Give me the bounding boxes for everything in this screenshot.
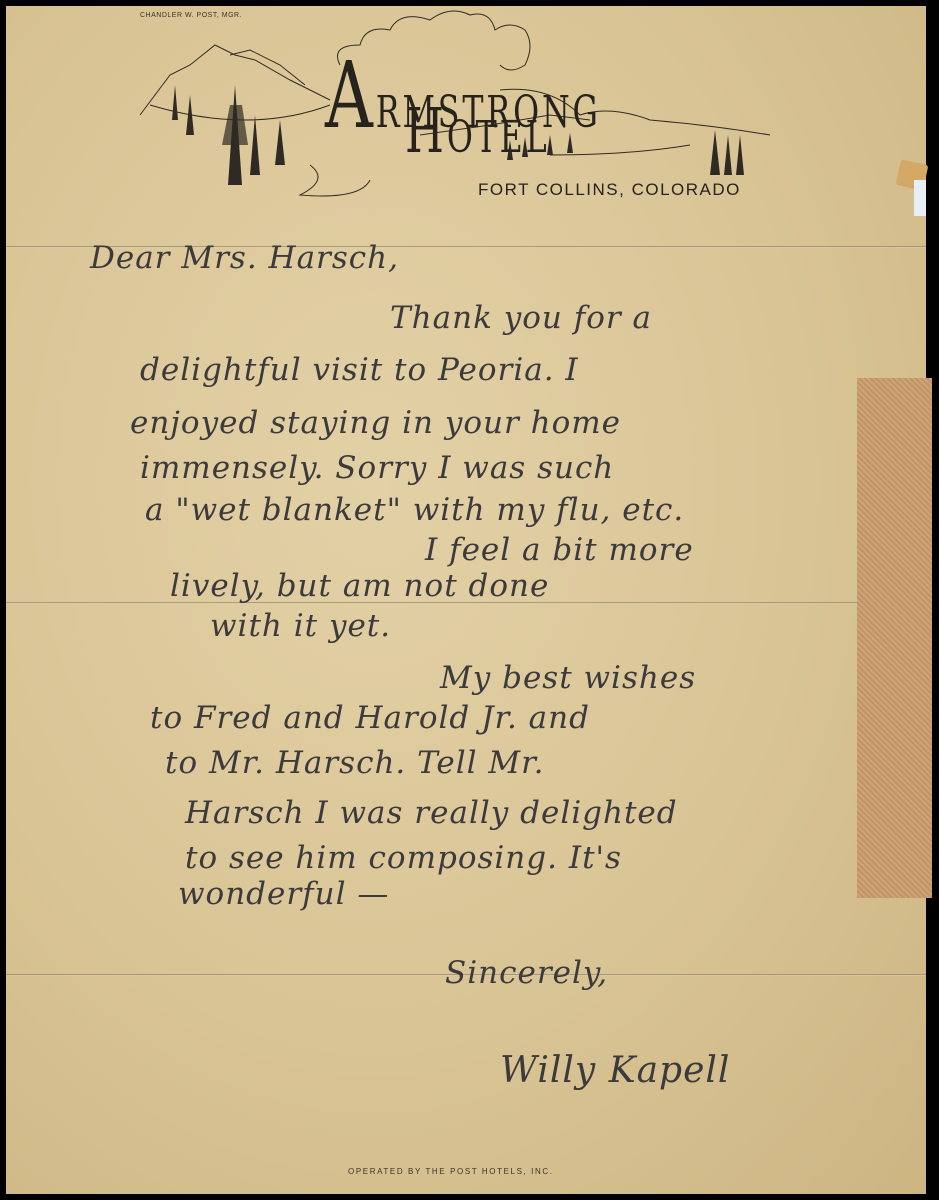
letter-line: delightful visit to Peoria. I [140,352,579,388]
letter-line: Harsch I was really delighted [185,795,678,831]
letter-line: Thank you for a [390,300,652,336]
letter-line: I feel a bit more [425,532,694,568]
closing: Sincerely, [445,955,608,991]
letter-line: to see him composing. It's [185,840,622,876]
footer-text: OPERATED BY THE POST HOTELS, INC. [348,1167,554,1176]
letter-line: lively, but am not done [170,568,549,604]
letter-body: Dear Mrs. Harsch, Thank you for a deligh… [0,0,939,1200]
letter-line: to Mr. Harsch. Tell Mr. [165,745,544,781]
signature: Willy Kapell [500,1050,730,1091]
letter-line: to Fred and Harold Jr. and [150,700,590,736]
salutation: Dear Mrs. Harsch, [90,240,399,276]
letter-line: with it yet. [210,608,391,644]
letter-line: enjoyed staying in your home [130,405,621,441]
letter-line: a "wet blanket" with my flu, etc. [145,492,684,528]
letter-line: My best wishes [440,660,696,696]
letter-line: wonderful — [178,876,389,912]
letter-line: immensely. Sorry I was such [140,450,614,486]
